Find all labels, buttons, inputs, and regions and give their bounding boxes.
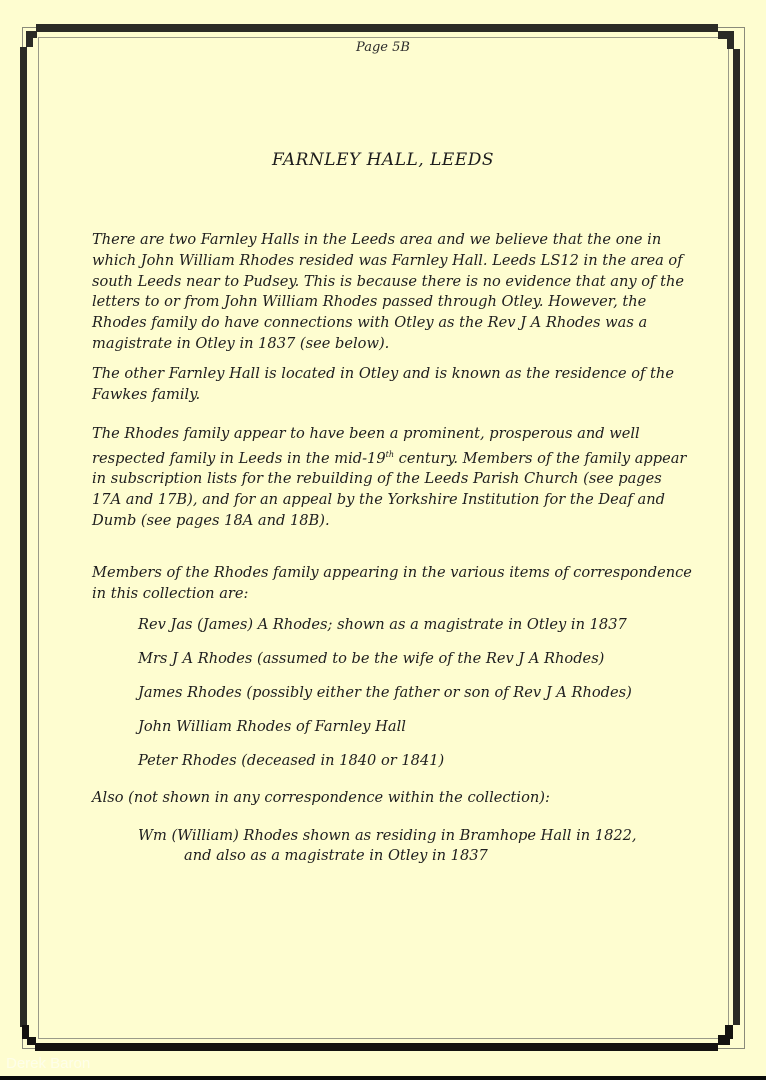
- list-item: John William Rhodes of Farnley Hall: [138, 717, 406, 737]
- top-border-bar: [36, 24, 718, 32]
- also-item-line1: Wm (William) Rhodes shown as residing in…: [138, 826, 637, 846]
- left-border-bar: [20, 47, 27, 1027]
- list-item: Peter Rhodes (deceased in 1840 or 1841): [138, 751, 444, 771]
- corner-br-step: [725, 1025, 733, 1039]
- paragraph-intro: There are two Farnley Halls in the Leeds…: [92, 230, 692, 355]
- right-border-bar: [733, 49, 740, 1025]
- list-item: Rev Jas (James) A Rhodes; shown as a mag…: [138, 615, 627, 635]
- list-item: Mrs J A Rhodes (assumed to be the wife o…: [138, 649, 604, 669]
- page-number: Page 5B: [0, 40, 766, 55]
- ordinal-superscript: th: [386, 450, 394, 459]
- also-item-line2: and also as a magistrate in Otley in 183…: [184, 846, 488, 866]
- corner-bl-step: [22, 1025, 29, 1039]
- paragraph-family: The Rhodes family appear to have been a …: [92, 424, 692, 532]
- bottom-border-bar: [35, 1043, 718, 1051]
- watermark: Derek Baron: [6, 1055, 90, 1072]
- page-title: FARNLEY HALL, LEEDS: [0, 150, 766, 170]
- paragraph-also-intro: Also (not shown in any correspondence wi…: [92, 788, 692, 809]
- paragraph-other-hall: The other Farnley Hall is located in Otl…: [92, 364, 692, 406]
- list-item: James Rhodes (possibly either the father…: [138, 683, 632, 703]
- paragraph-members-intro: Members of the Rhodes family appearing i…: [92, 563, 692, 605]
- inner-thin-border: [38, 37, 729, 1039]
- bottom-strip: [0, 1076, 766, 1080]
